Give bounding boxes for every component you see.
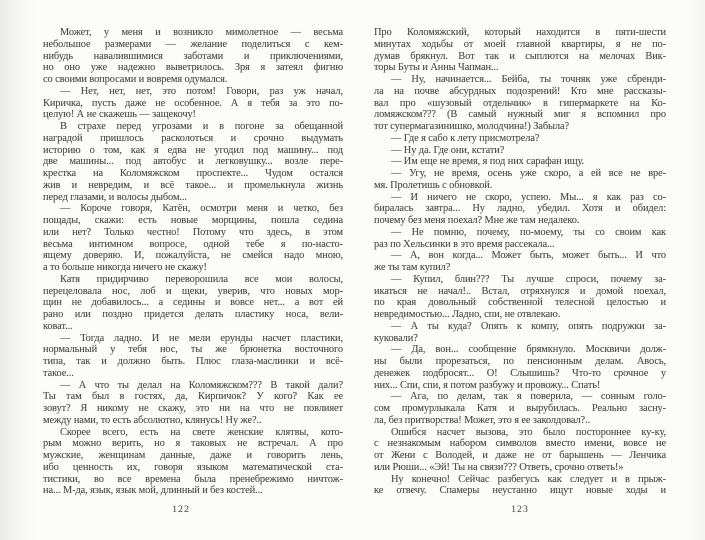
text-line: — Купил, блин??? Ты лучше спроси, почему… [374, 274, 666, 286]
text-line: же ты там купил? [374, 262, 666, 274]
text-line: минутах ходьбы от моей главной квартиры,… [374, 39, 666, 51]
text-line: торы Буты и Анны Чапман... [374, 62, 666, 74]
text-line: — Тогда ладно. И не мели ерунды насчет п… [43, 333, 343, 345]
text-line: ибо ценность их, говоря языком математич… [43, 462, 343, 474]
page-number: 123 [374, 504, 666, 515]
text-line: почему без меня поехал? Мне же там недал… [374, 215, 666, 227]
text-line: куковали? [374, 333, 666, 345]
paragraph: — Не помню, почему, по-моему, ты со свои… [374, 227, 666, 251]
text-line: крестка на Коломяжском проспекте... Чудо… [43, 168, 343, 180]
page-number: 122 [31, 504, 331, 515]
text-line: а то больше никогда ничего не скажу! [43, 262, 343, 274]
text-line: рым можно верить, но я таковых не встреч… [43, 438, 343, 450]
text-line: или нет? Только честно! Потому что здесь… [43, 227, 343, 239]
text-line: — А что ты делал на Коломяжском??? В так… [43, 380, 343, 392]
paragraph: — Им еще не время, я под них сарафан ищу… [374, 156, 666, 168]
text-line: от Жени с Володей, и даже не от барышень… [374, 450, 666, 462]
text-line: невредимостью... Ладно, спи, не отвлекаю… [374, 309, 666, 321]
text-line: но оно уже надежно выветрилось. Зря я за… [43, 62, 343, 74]
text-line: — Короче говоря, Катён, осмотри меня и ч… [43, 203, 343, 215]
text-line: Ошибся насчет вызова, это было посторонн… [374, 427, 666, 439]
paragraph: Скорее всего, есть на свете женские клят… [43, 427, 343, 498]
text-line: — Да, вон... сообщение брямкнуло. Москви… [374, 344, 666, 356]
text-line: — Нет, нет, нет, это потом! Говори, раз … [43, 86, 343, 98]
text-line: — Ну да. Где они, кстати? [374, 145, 666, 157]
text-line: зовут? Я никому не скажу, это ни на что … [43, 403, 343, 415]
text-line: между нами, то есть абсолютно, клянусь! … [43, 415, 343, 427]
text-line: них... Спи, спи, я потом разбужу и прово… [374, 380, 666, 392]
paragraph: — Тогда ладно. И не мели ерунды насчет п… [43, 333, 343, 380]
text-line: ломяжском??? (В самый нужный миг я вспом… [374, 109, 666, 121]
text-line: мужские, женщинам данные, даже и говорит… [43, 450, 343, 462]
text-line: думав брякнул. Вот так и сыплются на мел… [374, 51, 666, 63]
paragraph: — А, вон когда... Может быть, может быть… [374, 250, 666, 274]
text-line: — А, вон когда... Может быть, может быть… [374, 250, 666, 262]
text-line: — Им еще не время, я под них сарафан ищу… [374, 156, 666, 168]
text-line: целую! А не скажешь — защекочу! [43, 109, 343, 121]
text-line: — Ну, начинается... Бейба, ты точняк уже… [374, 74, 666, 86]
text-column: Может, у меня и возникло мимолетное — ве… [43, 27, 343, 497]
text-line: на... М-да, язык, язык мой, длинный и бе… [43, 485, 343, 497]
text-line: Киричка, пусть даже не особенное. А я те… [43, 98, 343, 110]
paragraph: — Нет, нет, нет, это потом! Говори, раз … [43, 86, 343, 121]
paragraph: Катя придирчиво переворошила все мои вол… [43, 274, 343, 333]
text-line: ла на почве абсурдных подозрений! Кто мн… [374, 86, 666, 98]
text-line: историю о том, как я едва не угодил под … [43, 145, 343, 157]
text-line: небольшое размерами — желание поделиться… [43, 39, 343, 51]
text-column: Про Коломяжский, который находится в пят… [374, 27, 666, 497]
text-line: по края довольный собственной телесной ц… [374, 297, 666, 309]
text-line: коват... [43, 321, 343, 333]
text-line: тот супермагазинишко, молодчина!) Забыла… [374, 121, 666, 133]
paragraph: — Угу, не время, осень уже скоро, а ей в… [374, 168, 666, 192]
text-line: или Рюши... «Эй! Ты на связи??? Ответь, … [374, 462, 666, 474]
text-line: типа, так и должно быть. Плюс глаза-масл… [43, 356, 343, 368]
text-line: Катя придирчиво переворошила все мои вол… [43, 274, 343, 286]
paragraph: — Ну, начинается... Бейба, ты точняк уже… [374, 74, 666, 133]
text-line: — Где я сабо к лету присмотрела? [374, 133, 666, 145]
text-line: нибудь навалившимися заботами и приключе… [43, 51, 343, 63]
text-line: со своими вопросами и вовремя одумался. [43, 74, 343, 86]
paragraph: Ну конечно! Сейчас разбегусь как следует… [374, 474, 666, 498]
text-line: щин не добавилось... а седины и вовсе не… [43, 297, 343, 309]
paragraph: — Ну да. Где они, кстати? [374, 145, 666, 157]
text-line: — Угу, не время, осень уже скоро, а ей в… [374, 168, 666, 180]
paragraph: Про Коломяжский, который находится в пят… [374, 27, 666, 74]
text-line: раз по Хельсинки в это время рассекала..… [374, 239, 666, 251]
paragraph: В страхе перед угрозами и в погоне за об… [43, 121, 343, 203]
text-line: денежек подбросят... О! Слышишь? Что-то … [374, 368, 666, 380]
text-line: две машины... под автобус и легковушку..… [43, 156, 343, 168]
paragraph: — А ты куда? Опять к компу, опять подруж… [374, 321, 666, 345]
text-line: нормальный у тебя нос, ты же брюнетка во… [43, 344, 343, 356]
text-line: Ты там был в гостях, да, Кирпичок? У ког… [43, 391, 343, 403]
paragraph: — Где я сабо к лету присмотрела? [374, 133, 666, 145]
book-spread: Может, у меня и возникло мимолетное — ве… [0, 0, 705, 540]
paragraph: Может, у меня и возникло мимолетное — ве… [43, 27, 343, 86]
paragraph: — Купил, блин??? Ты лучше спроси, почему… [374, 274, 666, 321]
text-line: сом промурлыкала Катя и вырубилась. Реал… [374, 403, 666, 415]
text-line: мя. Пролетишь с обновкой. [374, 180, 666, 192]
text-line: ны были прорезаться, по пенсионным делам… [374, 356, 666, 368]
text-line: ящему доверяю. И, пожалуйста, не смейся … [43, 250, 343, 262]
text-line: Скорее всего, есть на свете женские клят… [43, 427, 343, 439]
text-line: перед глазами, и волосы дыбом... [43, 192, 343, 204]
text-line: — А ты куда? Опять к компу, опять подруж… [374, 321, 666, 333]
paragraph: — Короче говоря, Катён, осмотри меня и ч… [43, 203, 343, 274]
page-left: Может, у меня и возникло мимолетное — ве… [43, 27, 343, 497]
text-line: — Не помню, почему, по-моему, ты со свои… [374, 227, 666, 239]
paragraph: — Да, вон... сообщение брямкнуло. Москви… [374, 344, 666, 391]
text-line: икаться не начал!.. Встал, отряхнулся и … [374, 286, 666, 298]
text-line: пощады, скажи: есть новые морщины, пошла… [43, 215, 343, 227]
paragraph: Ошибся насчет вызова, это было посторонн… [374, 427, 666, 474]
paragraph: — Ага, по делам, так я поверила, — сонны… [374, 391, 666, 426]
text-line: перецеловала нос, лоб и щеки, уверив, чт… [43, 286, 343, 298]
text-line: рано или поздно придется делать пластику… [43, 309, 343, 321]
paragraph: — И ничего не скоро, успею. Мы... я как … [374, 192, 666, 227]
text-line: Про Коломяжский, который находится в пят… [374, 27, 666, 39]
text-line: ла, без притворства! Может, это я ее зак… [374, 415, 666, 427]
text-line: с незнакомым набором символов вместо име… [374, 438, 666, 450]
text-line: ке отвечу. Спамеры неустанно ищут новые … [374, 485, 666, 497]
paragraph: — А что ты делал на Коломяжском??? В так… [43, 380, 343, 427]
text-line: — И ничего не скоро, успею. Мы... я как … [374, 192, 666, 204]
text-line: Может, у меня и возникло мимолетное — ве… [43, 27, 343, 39]
text-line: Ну конечно! Сейчас разбегусь как следует… [374, 474, 666, 486]
text-line: такое... [43, 368, 343, 380]
text-line: биралась завтра... Ну ладно, убедил. Хот… [374, 203, 666, 215]
text-line: вал про «шузовый отдельчик» в гипермарке… [374, 98, 666, 110]
text-line: — Ага, по делам, так я поверила, — сонны… [374, 391, 666, 403]
text-line: тистики, во все времена была пренебрежим… [43, 474, 343, 486]
text-line: В страхе перед угрозами и в погоне за об… [43, 121, 343, 133]
text-line: наградой пришлось расколоться и срочно в… [43, 133, 343, 145]
text-line: жив и невредим, и всё такое... и промель… [43, 180, 343, 192]
text-line: весьма интимном вопросе, одной тебе я по… [43, 239, 343, 251]
page-right: Про Коломяжский, который находится в пят… [374, 27, 666, 497]
